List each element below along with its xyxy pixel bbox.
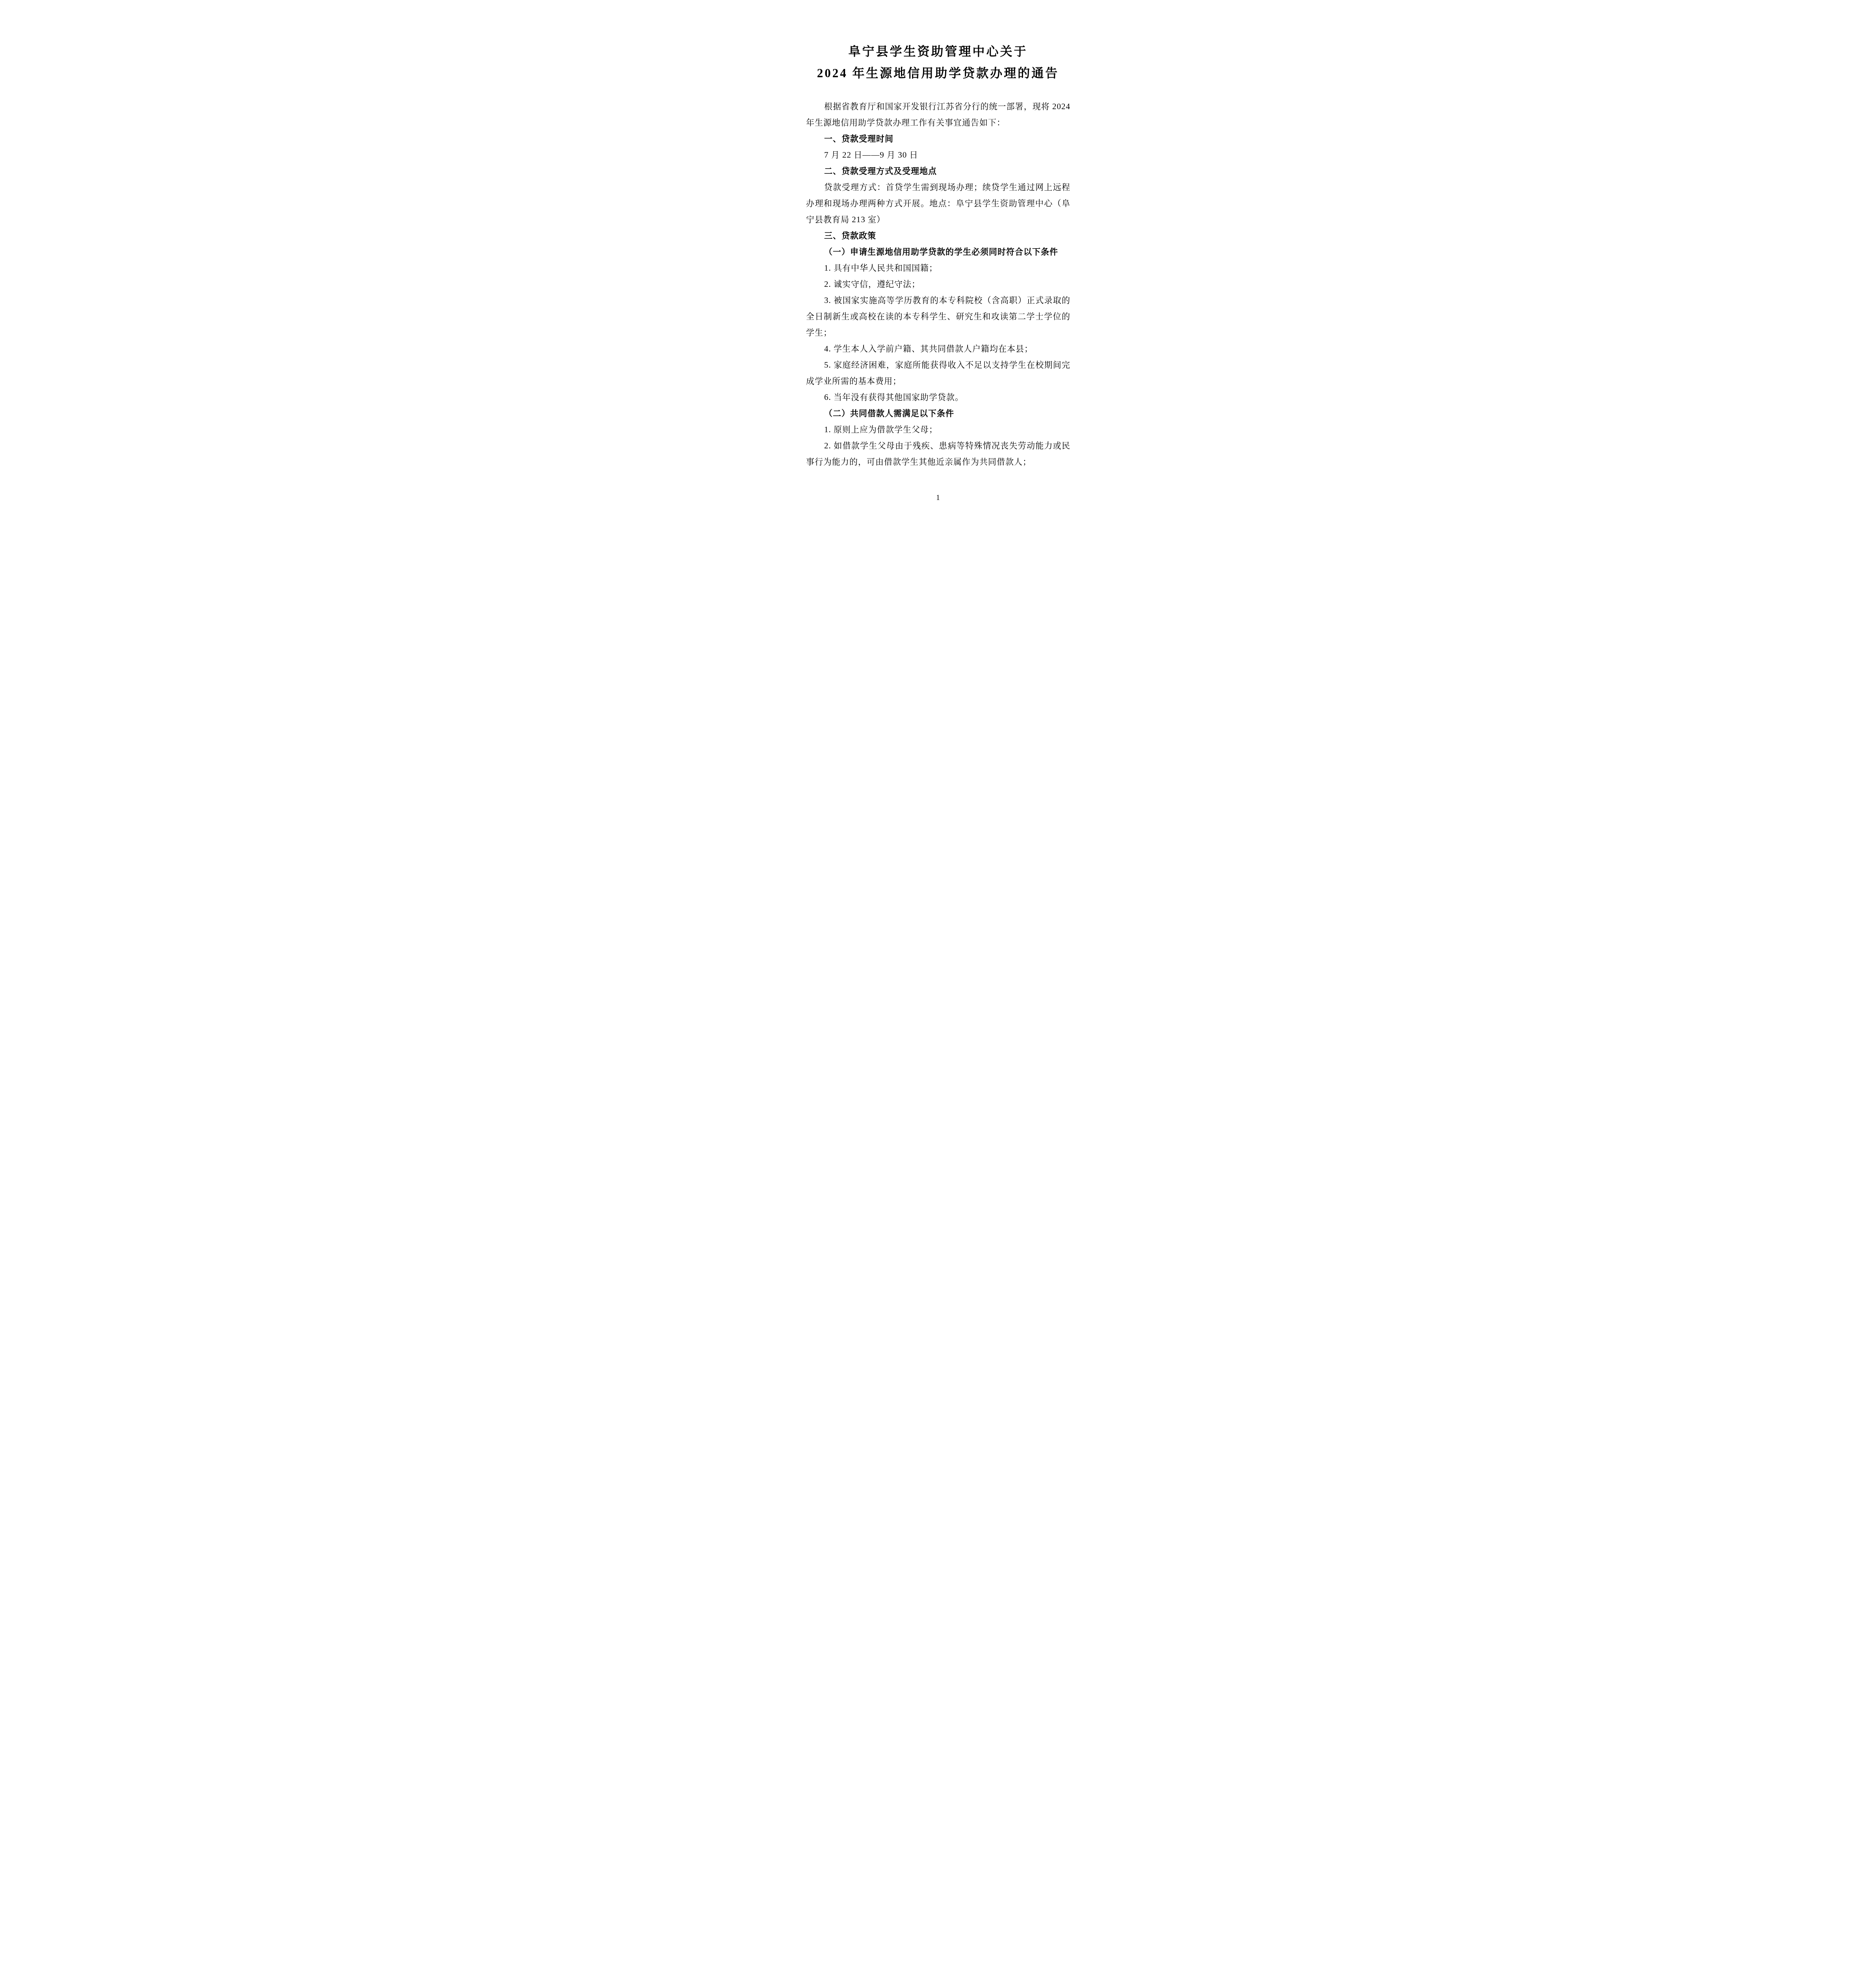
text-line: 1. 原则上应为借款学生父母； [806, 422, 1070, 438]
text-line: 2. 诚实守信，遵纪守法； [806, 276, 1070, 292]
text-line: 宁县教育局 213 室） [806, 212, 1070, 228]
document-title-line-1: 阜宁县学生资助管理中心关于 [750, 41, 1126, 62]
page-number: 1 [750, 494, 1126, 502]
text-line: 7 月 22 日——9 月 30 日 [806, 147, 1070, 163]
text-line: 办理和现场办理两种方式开展。地点：阜宁县学生资助管理中心（阜 [806, 195, 1070, 212]
text-line: 学生； [806, 325, 1070, 341]
document-body: 根据省教育厅和国家开发银行江苏省分行的统一部署，现将 2024年生源地信用助学贷… [806, 98, 1070, 470]
text-line: 6. 当年没有获得其他国家助学贷款。 [806, 389, 1070, 405]
text-line: 根据省教育厅和国家开发银行江苏省分行的统一部署，现将 2024 [806, 98, 1070, 115]
sub-section-heading: （二）共同借款人需满足以下条件 [806, 405, 1070, 422]
text-line: 事行为能力的，可由借款学生其他近亲属作为共同借款人； [806, 454, 1070, 470]
section-heading: 三、贷款政策 [806, 228, 1070, 244]
document-title: 阜宁县学生资助管理中心关于 2024 年生源地信用助学贷款办理的通告 [750, 0, 1126, 84]
text-line: 成学业所需的基本费用； [806, 373, 1070, 389]
text-line: 4. 学生本人入学前户籍、其共同借款人户籍均在本县； [806, 341, 1070, 357]
section-heading: 二、贷款受理方式及受理地点 [806, 163, 1070, 179]
text-line: 贷款受理方式：首贷学生需到现场办理；续贷学生通过网上远程 [806, 179, 1070, 195]
text-line: 5. 家庭经济困难，家庭所能获得收入不足以支持学生在校期间完 [806, 357, 1070, 373]
text-line: 年生源地信用助学贷款办理工作有关事宜通告如下： [806, 115, 1070, 131]
section-heading: 一、贷款受理时间 [806, 131, 1070, 147]
text-line: 1. 具有中华人民共和国国籍； [806, 260, 1070, 276]
document-page: 阜宁县学生资助管理中心关于 2024 年生源地信用助学贷款办理的通告 根据省教育… [750, 0, 1126, 531]
text-line: 全日制新生或高校在读的本专科学生、研究生和攻读第二学士学位的 [806, 309, 1070, 325]
document-title-line-2: 2024 年生源地信用助学贷款办理的通告 [750, 62, 1126, 84]
text-line: 2. 如借款学生父母由于残疾、患病等特殊情况丧失劳动能力或民 [806, 438, 1070, 454]
text-line: 3. 被国家实施高等学历教育的本专科院校（含高职）正式录取的 [806, 292, 1070, 309]
sub-section-heading: （一）申请生源地信用助学贷款的学生必须同时符合以下条件 [806, 244, 1070, 260]
